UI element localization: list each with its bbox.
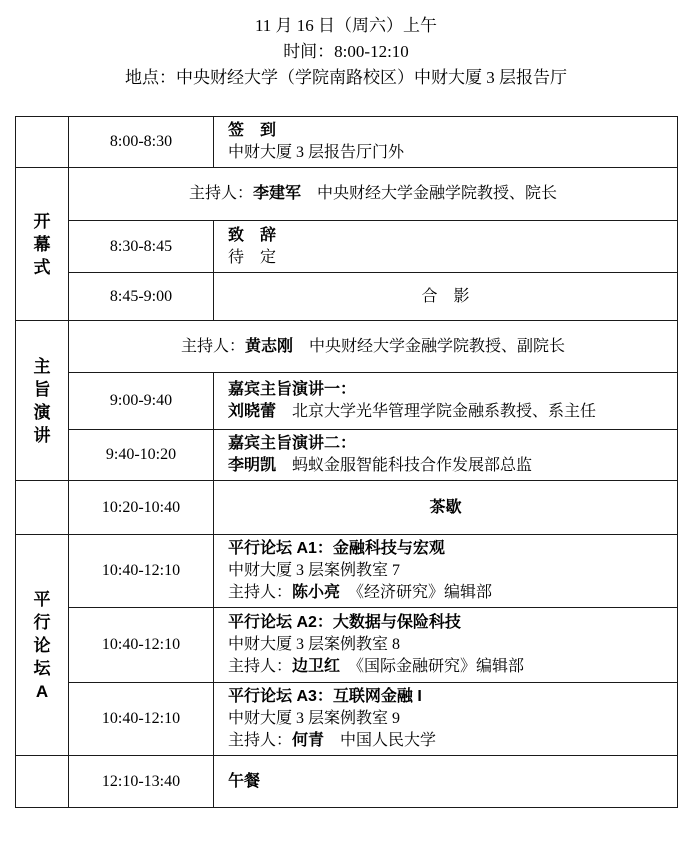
page-header: 11 月 16 日（周六）上午 时间：8:00-12:10 地点：中央财经大学（… <box>0 0 692 91</box>
table-row: 9:40-10:20嘉宾主旨演讲二：李明凯 蚂蚁金服智能科技合作发展部总监 <box>16 430 678 481</box>
emphasis-text: 茶歇 <box>429 499 461 516</box>
body-text: 中财大厦 3 层案例教室 7 <box>228 562 400 579</box>
content-line: 主持人：边卫红 《国际金融研究》编辑部 <box>228 656 669 678</box>
table-row: 8:00-8:30签 到中财大厦 3 层报告厅门外 <box>16 117 678 168</box>
table-row: 8:45-9:00合 影 <box>16 273 678 321</box>
content-line: 致 辞 <box>228 225 669 247</box>
content-cell: 茶歇 <box>214 481 678 535</box>
section-cell <box>16 481 69 535</box>
content-cell: 合 影 <box>214 273 678 321</box>
time-cell: 9:00-9:40 <box>69 373 214 430</box>
body-text: 主持人： <box>181 338 245 355</box>
body-text: 主持人： <box>228 584 292 601</box>
moderator-cell: 主持人：黄志刚 中央财经大学金融学院教授、副院长 <box>69 321 678 373</box>
body-text: 主持人： <box>228 732 292 749</box>
time-cell: 12:10-13:40 <box>69 756 214 808</box>
table-row: 12:10-13:40午餐 <box>16 756 678 808</box>
emphasis-text: 何青 <box>292 732 324 749</box>
time-cell: 8:30-8:45 <box>69 221 214 273</box>
content-line: 李明凯 蚂蚁金服智能科技合作发展部总监 <box>228 455 669 477</box>
body-text: 主持人： <box>189 185 253 202</box>
section-cell: 平行论坛A <box>16 535 69 756</box>
time-cell: 10:40-12:10 <box>69 535 214 608</box>
content-cell: 平行论坛 A2：大数据与保险科技中财大厦 3 层案例教室 8主持人：边卫红 《国… <box>214 608 678 683</box>
section-label-char: 开 <box>16 210 68 233</box>
content-line: 合 影 <box>222 286 669 308</box>
content-line: 茶歇 <box>222 497 669 519</box>
content-line: 签 到 <box>228 120 669 142</box>
content-line: 主持人：陈小亮 《经济研究》编辑部 <box>228 582 669 604</box>
section-cell: 开幕式 <box>16 168 69 321</box>
time-cell: 8:45-9:00 <box>69 273 214 321</box>
body-text: 中央财经大学金融学院教授、院长 <box>301 185 557 202</box>
content-line: 主持人：李建军 中央财经大学金融学院教授、院长 <box>77 183 669 205</box>
emphasis-text: 刘晓蕾 <box>228 403 276 420</box>
content-cell: 签 到中财大厦 3 层报告厅门外 <box>214 117 678 168</box>
content-line: 待 定 <box>228 247 669 269</box>
content-line: 中财大厦 3 层报告厅门外 <box>228 142 669 164</box>
body-text: 中央财经大学金融学院教授、副院长 <box>293 338 565 355</box>
body-text: 北京大学光华管理学院金融系教授、系主任 <box>276 403 596 420</box>
body-text: 待 定 <box>228 249 276 266</box>
content-cell: 午餐 <box>214 756 678 808</box>
content-cell: 致 辞待 定 <box>214 221 678 273</box>
table-row: 开幕式主持人：李建军 中央财经大学金融学院教授、院长 <box>16 168 678 221</box>
section-label-char: 主 <box>16 355 68 378</box>
content-line: 嘉宾主旨演讲一： <box>228 379 669 401</box>
content-cell: 嘉宾主旨演讲一：刘晓蕾 北京大学光华管理学院金融系教授、系主任 <box>214 373 678 430</box>
section-cell: 主旨演讲 <box>16 321 69 481</box>
emphasis-text: 李建军 <box>253 185 301 202</box>
body-text: 中国人民大学 <box>324 732 436 749</box>
content-line: 午餐 <box>228 771 669 793</box>
emphasis-text: 陈小亮 <box>292 584 340 601</box>
content-line: 中财大厦 3 层案例教室 8 <box>228 634 669 656</box>
time-cell: 8:00-8:30 <box>69 117 214 168</box>
emphasis-text: 平行论坛 A2：大数据与保险科技 <box>228 614 461 631</box>
section-label-char: 旨 <box>16 378 68 401</box>
time-cell: 10:40-12:10 <box>69 683 214 756</box>
body-text: 蚂蚁金服智能科技合作发展部总监 <box>276 457 532 474</box>
body-text: 中财大厦 3 层案例教室 9 <box>228 710 400 727</box>
emphasis-text: 平行论坛 A1：金融科技与宏观 <box>228 540 445 557</box>
content-line: 刘晓蕾 北京大学光华管理学院金融系教授、系主任 <box>228 401 669 423</box>
section-label-char: 讲 <box>16 424 68 447</box>
section-label-char: A <box>16 680 68 703</box>
time-cell: 10:40-12:10 <box>69 608 214 683</box>
emphasis-text: 致 辞 <box>228 227 276 244</box>
body-text: 《国际金融研究》编辑部 <box>340 658 524 675</box>
schedule-table-body: 8:00-8:30签 到中财大厦 3 层报告厅门外开幕式主持人：李建军 中央财经… <box>16 117 678 808</box>
content-line: 平行论坛 A3：互联网金融 I <box>228 686 669 708</box>
section-cell <box>16 756 69 808</box>
body-text: 《经济研究》编辑部 <box>340 584 492 601</box>
emphasis-text: 午餐 <box>228 773 260 790</box>
content-cell: 嘉宾主旨演讲二：李明凯 蚂蚁金服智能科技合作发展部总监 <box>214 430 678 481</box>
section-label-char: 坛 <box>16 657 68 680</box>
content-line: 中财大厦 3 层案例教室 9 <box>228 708 669 730</box>
table-row: 10:20-10:40茶歇 <box>16 481 678 535</box>
schedule-table: 8:00-8:30签 到中财大厦 3 层报告厅门外开幕式主持人：李建军 中央财经… <box>15 116 678 808</box>
section-cell <box>16 117 69 168</box>
time-cell: 9:40-10:20 <box>69 430 214 481</box>
content-line: 嘉宾主旨演讲二： <box>228 433 669 455</box>
table-row: 8:30-8:45致 辞待 定 <box>16 221 678 273</box>
document-page: 11 月 16 日（周六）上午 时间：8:00-12:10 地点：中央财经大学（… <box>0 0 692 843</box>
section-label-char: 式 <box>16 256 68 279</box>
section-label-char: 平 <box>16 588 68 611</box>
body-text: 合 影 <box>421 288 469 305</box>
time-cell: 10:20-10:40 <box>69 481 214 535</box>
section-label-char: 行 <box>16 611 68 634</box>
section-label-char: 演 <box>16 401 68 424</box>
body-text: 中财大厦 3 层报告厅门外 <box>228 144 404 161</box>
content-cell: 平行论坛 A1：金融科技与宏观中财大厦 3 层案例教室 7主持人：陈小亮 《经济… <box>214 535 678 608</box>
emphasis-text: 黄志刚 <box>245 338 293 355</box>
header-location: 地点：中央财经大学（学院南路校区）中财大厦 3 层报告厅 <box>0 65 692 91</box>
emphasis-text: 签 到 <box>228 122 276 139</box>
emphasis-text: 李明凯 <box>228 457 276 474</box>
table-row: 平行论坛A10:40-12:10平行论坛 A1：金融科技与宏观中财大厦 3 层案… <box>16 535 678 608</box>
emphasis-text: 嘉宾主旨演讲一： <box>228 381 356 398</box>
section-label-char: 幕 <box>16 233 68 256</box>
content-line: 主持人：何青 中国人民大学 <box>228 730 669 752</box>
emphasis-text: 边卫红 <box>292 658 340 675</box>
table-row: 10:40-12:10平行论坛 A3：互联网金融 I中财大厦 3 层案例教室 9… <box>16 683 678 756</box>
table-row: 9:00-9:40嘉宾主旨演讲一：刘晓蕾 北京大学光华管理学院金融系教授、系主任 <box>16 373 678 430</box>
content-line: 中财大厦 3 层案例教室 7 <box>228 560 669 582</box>
content-line: 主持人：黄志刚 中央财经大学金融学院教授、副院长 <box>77 336 669 358</box>
table-row: 主旨演讲主持人：黄志刚 中央财经大学金融学院教授、副院长 <box>16 321 678 373</box>
emphasis-text: 嘉宾主旨演讲二： <box>228 435 356 452</box>
page-title: 11 月 16 日（周六）上午 <box>0 13 692 39</box>
section-label-char: 论 <box>16 634 68 657</box>
table-row: 10:40-12:10平行论坛 A2：大数据与保险科技中财大厦 3 层案例教室 … <box>16 608 678 683</box>
content-cell: 平行论坛 A3：互联网金融 I中财大厦 3 层案例教室 9主持人：何青 中国人民… <box>214 683 678 756</box>
content-line: 平行论坛 A1：金融科技与宏观 <box>228 538 669 560</box>
moderator-cell: 主持人：李建军 中央财经大学金融学院教授、院长 <box>69 168 678 221</box>
body-text: 主持人： <box>228 658 292 675</box>
header-time: 时间：8:00-12:10 <box>0 39 692 65</box>
emphasis-text: 平行论坛 A3：互联网金融 I <box>228 688 422 705</box>
body-text: 中财大厦 3 层案例教室 8 <box>228 636 400 653</box>
content-line: 平行论坛 A2：大数据与保险科技 <box>228 612 669 634</box>
